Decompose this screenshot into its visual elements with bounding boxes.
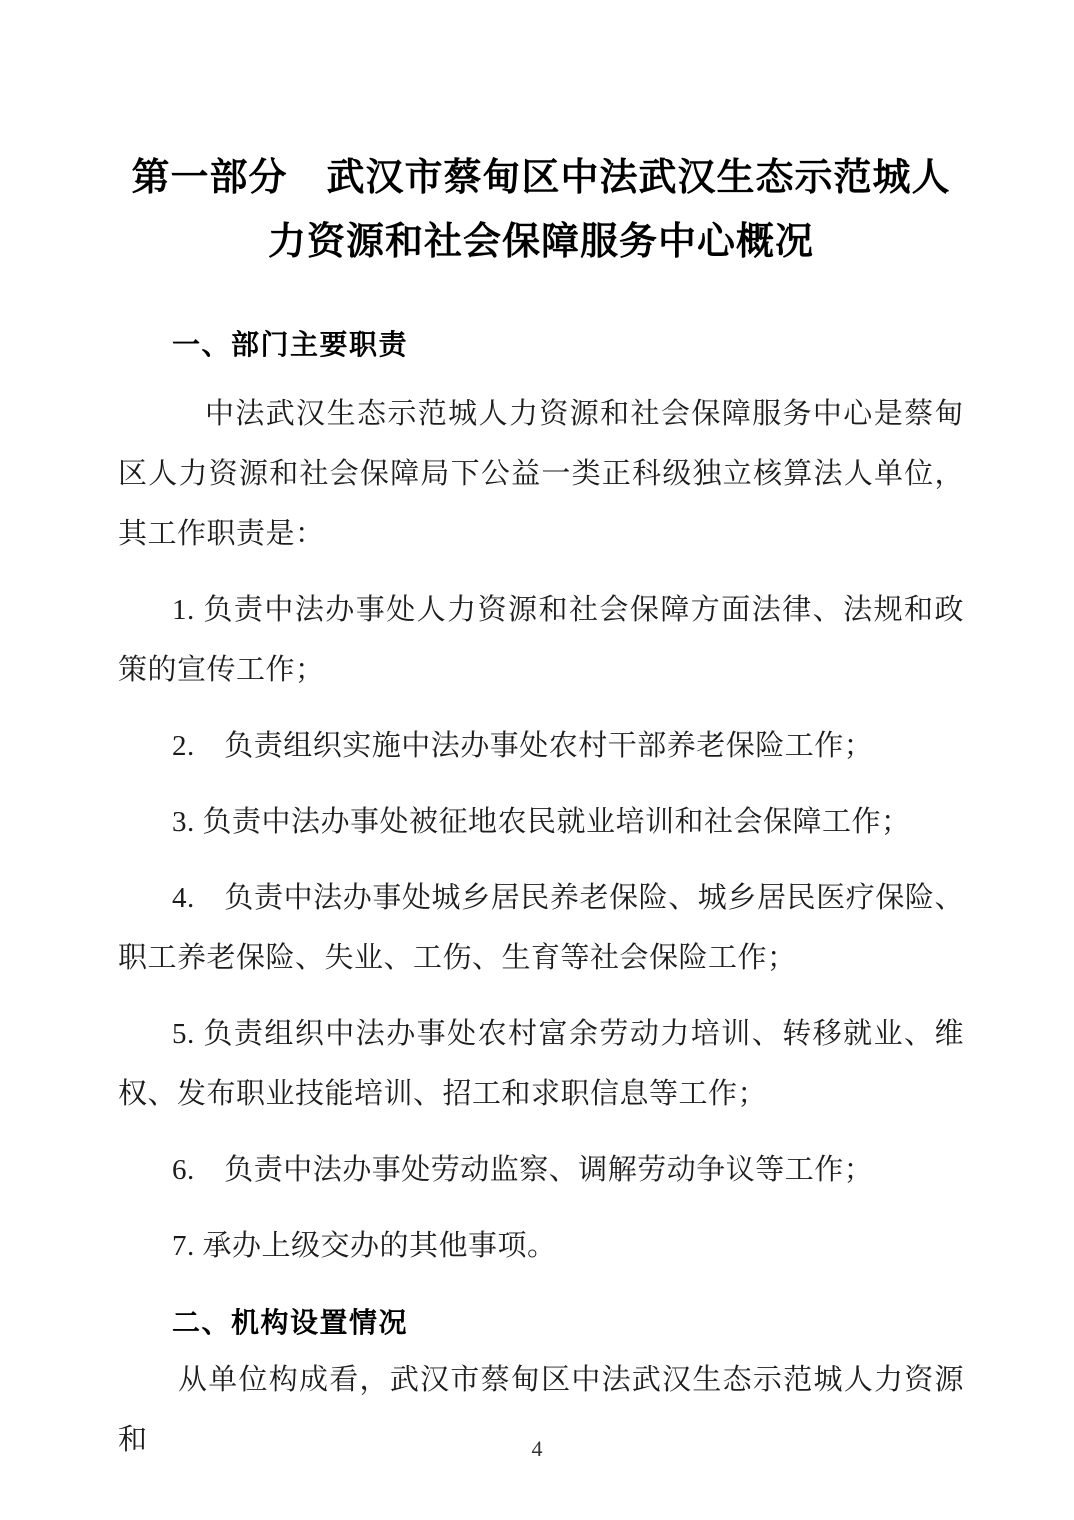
duty-item-7: 7. 承办上级交办的其他事项。 [118,1216,964,1276]
duty-item-6: 6. 负责中法办事处劳动监察、调解劳动争议等工作； [118,1140,964,1200]
duty-item-3: 3. 负责中法办事处被征地农民就业培训和社会保障工作； [118,792,964,852]
document-content: 第一部分 武汉市蔡甸区中法武汉生态示范城人 力资源和社会保障服务中心概况 一、部… [118,146,964,1470]
document-title-line-2: 力资源和社会保障服务中心概况 [118,210,964,274]
document-page: 第一部分 武汉市蔡甸区中法武汉生态示范城人 力资源和社会保障服务中心概况 一、部… [0,0,1074,1520]
section-1-intro-paragraph: 中法武汉生态示范城人力资源和社会保障服务中心是蔡甸区人力资源和社会保障局下公益一… [118,384,964,564]
section-heading-1: 一、部门主要职责 [118,330,964,360]
duty-item-4: 4. 负责中法办事处城乡居民养老保险、城乡居民医疗保险、职工养老保险、失业、工伤… [118,868,964,988]
document-title: 第一部分 武汉市蔡甸区中法武汉生态示范城人 力资源和社会保障服务中心概况 [118,146,964,274]
duty-item-2: 2. 负责组织实施中法办事处农村干部养老保险工作； [118,716,964,776]
duty-item-5: 5. 负责组织中法办事处农村富余劳动力培训、转移就业、维权、发布职业技能培训、招… [118,1004,964,1124]
document-title-line-1: 第一部分 武汉市蔡甸区中法武汉生态示范城人 [118,146,964,210]
duty-item-1: 1. 负责中法办事处人力资源和社会保障方面法律、法规和政策的宣传工作； [118,580,964,700]
page-number: 4 [0,1436,1074,1462]
section-heading-2: 二、机构设置情况 [118,1308,964,1338]
